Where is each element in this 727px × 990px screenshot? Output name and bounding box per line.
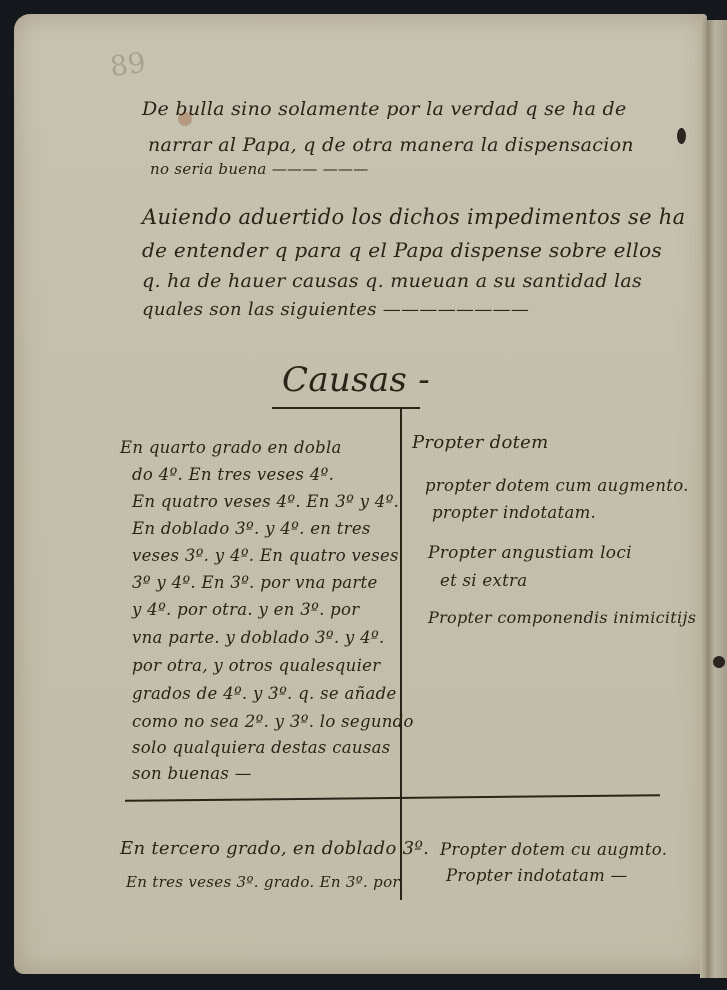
text-line: propter dotem cum augmento. xyxy=(425,476,689,495)
text-line: grados de 4º. y 3º. q. se añade xyxy=(132,684,397,703)
page-gutter xyxy=(700,18,707,978)
causes-heading: Causas - xyxy=(282,360,430,400)
folio-mark: 89 xyxy=(108,46,148,84)
text-line: do 4º. En tres veses 4º. xyxy=(132,465,334,484)
text-line: Propter componendis inimicitijs xyxy=(428,608,696,627)
text-line: de entender q para q el Papa dispense so… xyxy=(142,238,662,262)
text-line: Propter indotatam — xyxy=(446,866,627,885)
text-line: q. ha de hauer causas q. mueuan a su san… xyxy=(142,270,642,292)
text-line: 3º y 4º. En 3º. por vna parte xyxy=(132,573,378,592)
text-line: vna parte. y doblado 3º. y 4º. xyxy=(132,628,385,647)
text-line: En tercero grado, en doblado 3º. xyxy=(120,838,429,859)
text-line: En tres veses 3º. grado. En 3º. por xyxy=(126,873,400,891)
binding-edge xyxy=(707,20,727,978)
text-line: como no sea 2º. y 3º. lo segundo xyxy=(132,712,414,731)
text-line: et si extra xyxy=(440,571,527,590)
text-line: quales son las siguientes ———————— xyxy=(142,299,529,320)
column-divider xyxy=(400,408,402,900)
text-line: Auiendo aduertido los dichos impedimento… xyxy=(142,205,685,229)
text-line: y 4º. por otra. y en 3º. por xyxy=(132,600,359,619)
text-line: propter indotatam. xyxy=(432,503,596,522)
punch-hole xyxy=(713,656,725,668)
text-line: En quatro veses 4º. En 3º y 4º. xyxy=(132,492,399,511)
text-line: son buenas — xyxy=(132,764,252,783)
heading-underline xyxy=(272,407,420,409)
text-line: De bulla sino solamente por la verdad q … xyxy=(142,98,627,120)
text-line: Propter dotem xyxy=(412,432,549,453)
text-line: no seria buena ——— ——— xyxy=(150,160,369,178)
text-line: narrar al Papa, q de otra manera la disp… xyxy=(148,134,634,156)
text-line: solo qualquiera destas causas xyxy=(132,738,391,757)
punch-hole xyxy=(677,128,686,144)
text-line: Propter angustiam loci xyxy=(428,543,632,563)
text-line: Propter dotem cu augmto. xyxy=(440,840,667,859)
text-line: En quarto grado en dobla xyxy=(120,438,342,457)
text-line: veses 3º. y 4º. En quatro veses xyxy=(132,546,399,565)
text-line: En doblado 3º. y 4º. en tres xyxy=(132,519,371,538)
text-line: por otra, y otros qualesquier xyxy=(132,656,380,675)
